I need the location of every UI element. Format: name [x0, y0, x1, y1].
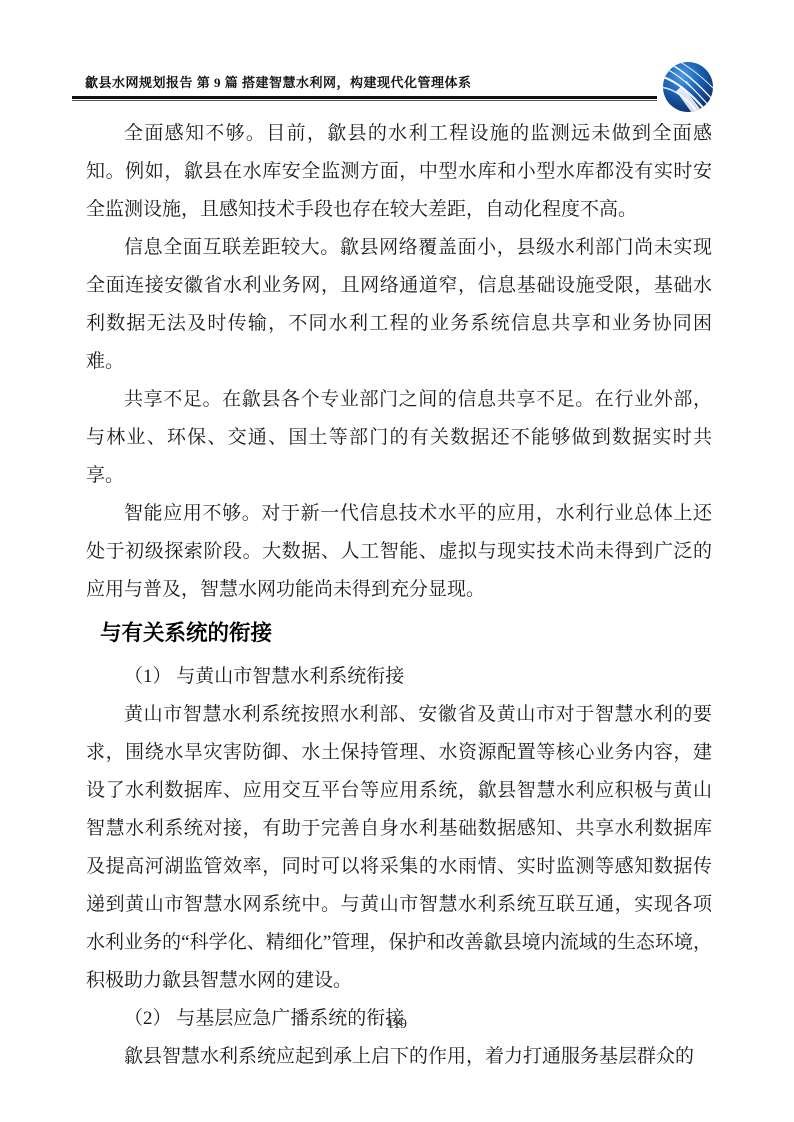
document-body: 全面感知不够。目前，歙县的水利工程设施的监测远未做到全面感知。例如，歙县在水库安…	[86, 115, 712, 1076]
report-header-title: 歙县水网规划报告 第 9 篇 搭建智慧水利网，构建现代化管理体系	[72, 72, 657, 96]
para-emergency-broadcast-intro: 歙县智慧水利系统应起到承上启下的作用，着力打通服务基层群众的	[86, 1038, 712, 1076]
para-huangshan-system-detail: 黄山市智慧水利系统按照水利部、安徽省及黄山市对于智慧水利的要求，围绕水旱灾害防御…	[86, 696, 712, 1000]
water-network-logo	[662, 61, 714, 113]
para-interconnection-gap: 信息全面互联差距较大。歙县网络覆盖面小，县级水利部门尚未实现全面连接安徽省水利业…	[86, 229, 712, 381]
document-page: 歙县水网规划报告 第 9 篇 搭建智慧水利网，构建现代化管理体系	[0, 0, 794, 1122]
section-heading-system-integration: 与有关系统的衔接	[86, 609, 712, 658]
para-smart-application-insufficient: 智能应用不够。对于新一代信息技术水平的应用，水利行业总体上还处于初级探索阶段。大…	[86, 495, 712, 609]
page-number: 119	[0, 1016, 794, 1032]
para-sharing-insufficient: 共享不足。在歙县各个专业部门之间的信息共享不足。在行业外部，与林业、环保、交通、…	[86, 381, 712, 495]
page-header: 歙县水网规划报告 第 9 篇 搭建智慧水利网，构建现代化管理体系	[72, 72, 657, 101]
para-perception-insufficient: 全面感知不够。目前，歙县的水利工程设施的监测远未做到全面感知。例如，歙县在水库安…	[86, 115, 712, 229]
header-divider-thick	[72, 96, 657, 99]
subsection-1-huangshan-smart-water: （1） 与黄山市智慧水利系统衔接	[86, 658, 712, 696]
header-divider-thin	[72, 100, 657, 101]
globe-road-swoosh-icon	[662, 61, 714, 113]
